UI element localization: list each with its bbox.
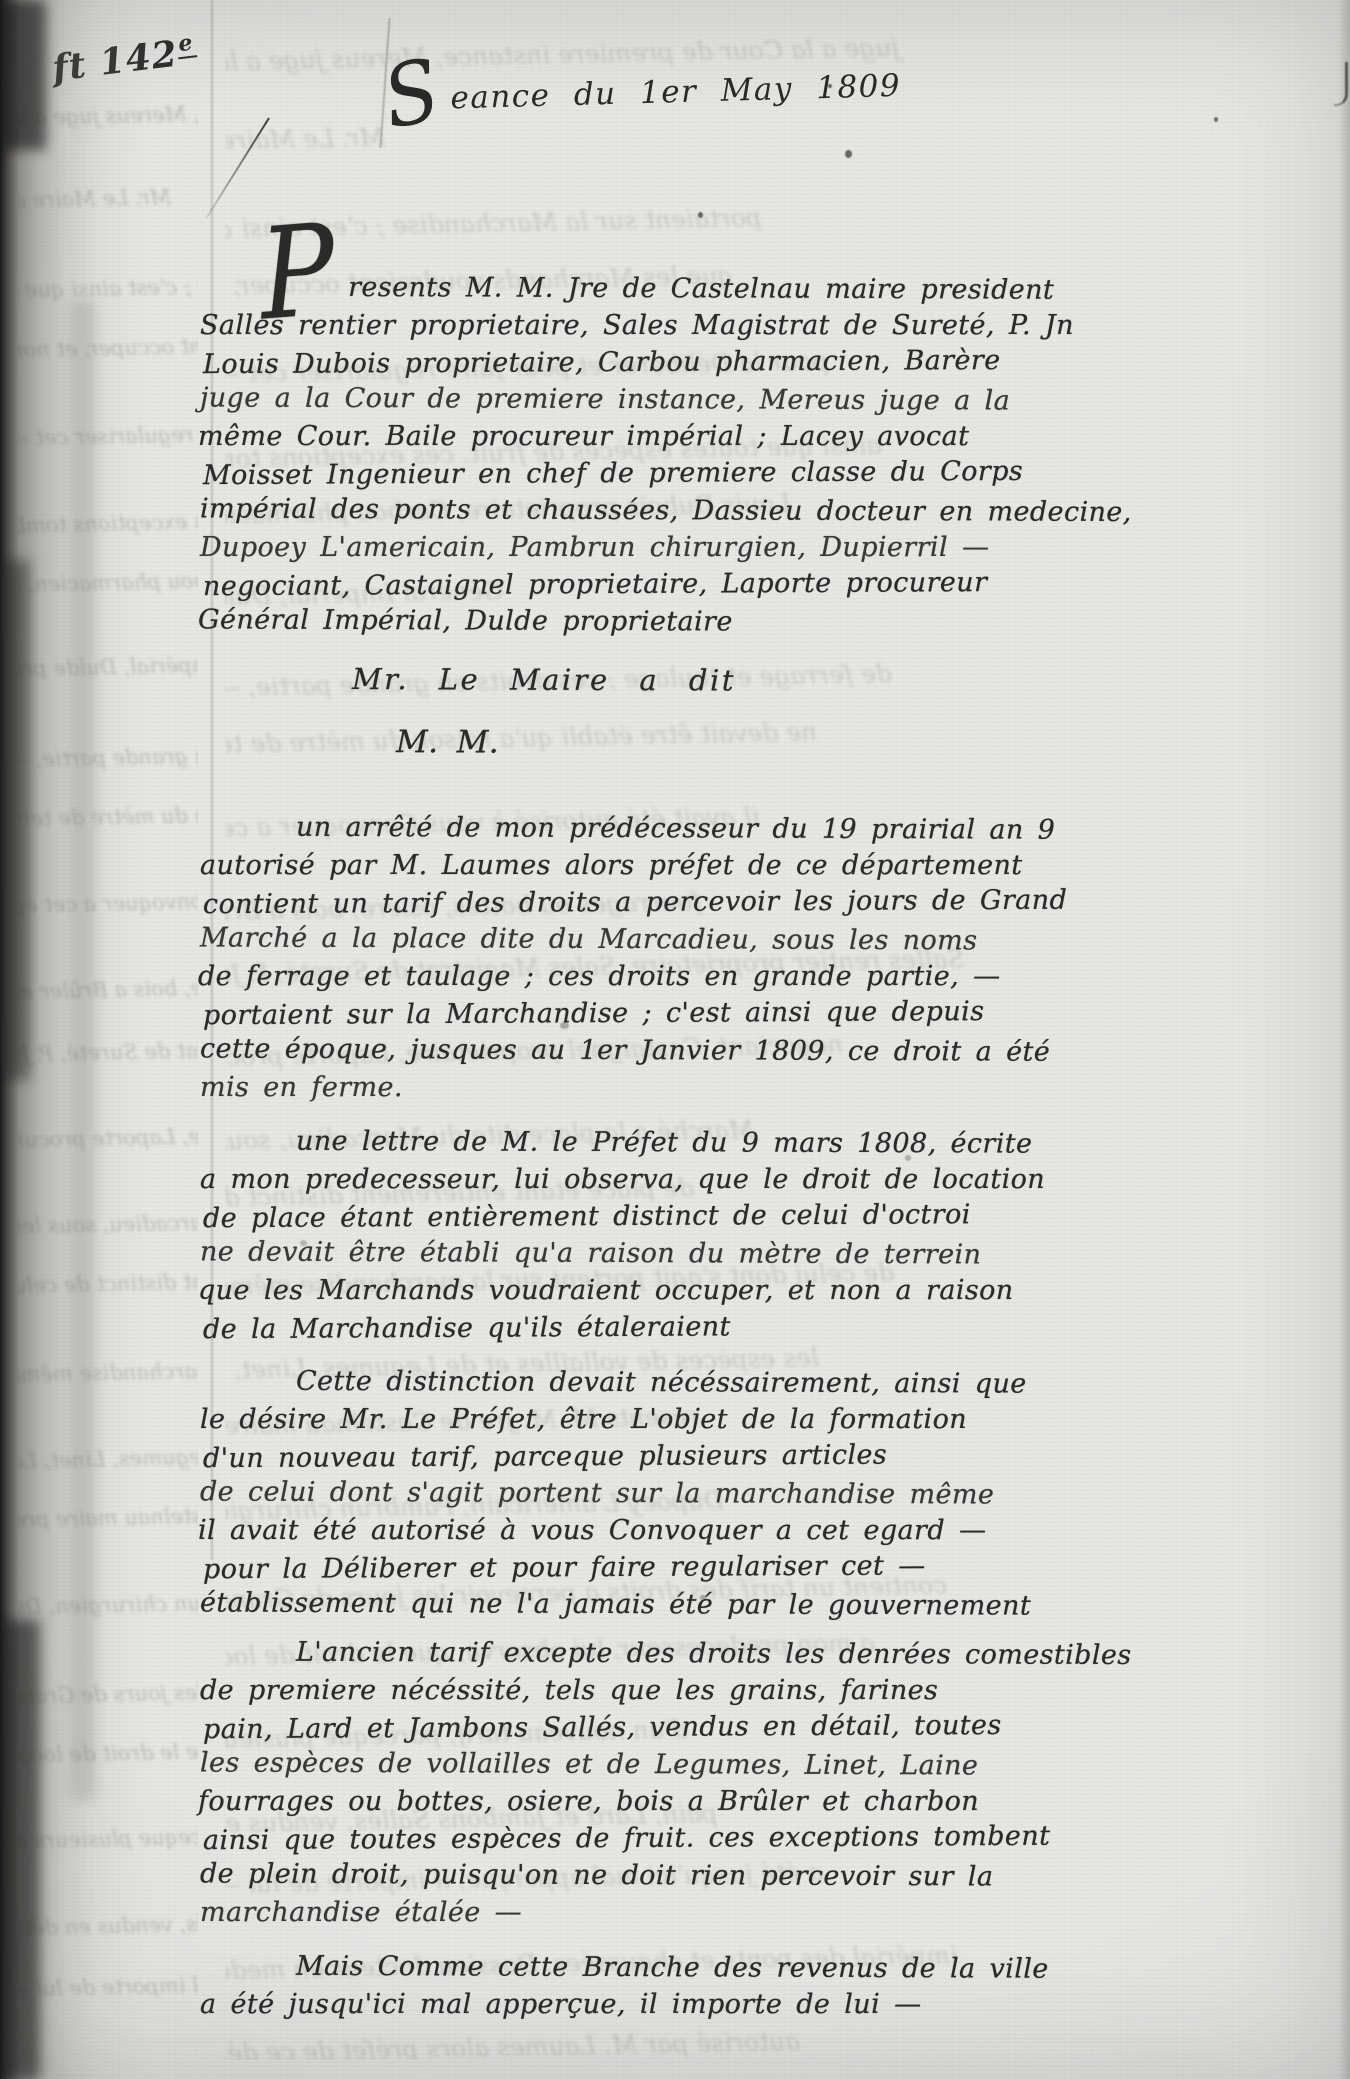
bleed-line: contient un tarif des droits a percevoir…: [18, 1672, 198, 1709]
text-line: a été jusqu'ici mal apperçue, il importe…: [200, 1986, 1030, 2023]
text-line: pain, Lard et Jambons Sallés, vendus en …: [203, 1707, 1030, 1748]
bleed-line: ainsi que toutes espèces de fruit. ces e…: [18, 502, 198, 539]
binding-streak: [70, 300, 96, 1800]
text-line: ainsi que toutes espèces de fruit. ces e…: [203, 1818, 1030, 1859]
drop-cap: P: [260, 270, 335, 276]
text-line: de la Marchandise qu'ils étaleraient: [203, 1307, 1030, 1348]
text-line: marchandise étalée —: [200, 1894, 1030, 1931]
text-line: le désire Mr. Le Préfet, être L'objet de…: [200, 1401, 1030, 1438]
paragraph-conclusion: Mais Comme cette Branche des revenus de …: [200, 1949, 1030, 2023]
bleed-line: d'un nouveau tarif, parceque plusieurs a…: [18, 1820, 198, 1854]
text-line: Louis Dubois proprietaire, Carbou pharma…: [203, 342, 1030, 383]
text-line: un arrêté de mon prédécesseur du 19 prai…: [200, 808, 1030, 848]
bleed-line: Marché a la place dite du Marcadieu, sou…: [18, 1204, 198, 1240]
text-line: Mr. Le Maire a dit: [200, 660, 1030, 700]
text-line: negociant, Castaignel proprietaire, Lapo…: [203, 564, 1030, 605]
binding-streak: [0, 1620, 40, 2079]
text-line: de celui dont s'agit portent sur la marc…: [200, 1473, 1030, 1513]
text-line: de ferrage et taulage ; ces droits en gr…: [198, 958, 1030, 995]
bleed-line: pain, Lard et Jambons Sallés, vendus en …: [18, 1906, 198, 1942]
text-line: même Cour. Baile procureur impérial ; La…: [198, 418, 1030, 455]
text-line: Général Impérial, Dulde proprietaire: [198, 601, 1030, 641]
folio-superscript: e: [175, 29, 197, 59]
bleed-line: de celui dont s'agit portent sur la marc…: [18, 1351, 198, 1387]
bleed-line: de ferrage et taulage ; ces droits en gr…: [18, 736, 198, 772]
bleed-line: negociant, Castaignel proprietaire, Lapo…: [18, 1117, 198, 1153]
bleed-line: il avait été autorisé à vous Convoquer a…: [18, 883, 198, 919]
folio-number: ft 142: [50, 33, 180, 90]
text-line: une lettre de M. le Préfet du 9 mars 180…: [200, 1122, 1030, 1162]
bleed-line: Salles rentier proprietaire, Sales Magis…: [18, 1029, 198, 1066]
bleed-line: a été jusqu'ici mal apperçue, il importe…: [18, 1967, 198, 2002]
manuscript-body: Presents M. M. Jre de Castelnau maire pr…: [200, 150, 1030, 2023]
binding-edge: [0, 0, 150, 2079]
paragraph-lettre-prefet: une lettre de M. le Préfet du 9 mars 180…: [200, 1124, 1030, 1346]
text-line: les espèces de vollailles et de Legumes,…: [200, 1744, 1030, 1784]
bleed-line: autorisé par M. Laumes alors préfet de c…: [225, 2027, 800, 2060]
paragraph-mm: M. M.: [200, 725, 1030, 762]
bleed-line: pour la Déliberer et pour faire regulari…: [18, 416, 198, 451]
page-title: Seance du 1er May 1809: [388, 67, 902, 118]
text-line: Presents M. M. Jre de Castelnau maire pr…: [200, 252, 1030, 308]
text-line: Dupoey L'americain, Pambrun chirurgien, …: [200, 529, 1030, 566]
text-line: mis en ferme.: [200, 1069, 1030, 1106]
binding-streak: [0, 0, 46, 150]
title-drop-cap: S: [385, 89, 440, 99]
text-line: que les Marchands voudraient occuper, et…: [198, 1272, 1030, 1309]
text-line: ne devait être établi qu'a raison du mèt…: [200, 1233, 1030, 1273]
text-line: contient un tarif des droits a percevoir…: [203, 882, 1030, 923]
text-line: de plein droit, puisqu'on ne doit rien p…: [200, 1855, 1030, 1895]
text-line: M. M.: [200, 723, 1030, 763]
text-line: de place étant entièrement distinct de c…: [203, 1196, 1030, 1237]
text-line: juge a la Cour de premiere instance, Mer…: [200, 379, 1030, 419]
text-line: d'un nouveau tarif, parceque plusieurs a…: [203, 1436, 1030, 1477]
text-line: fourrages ou bottes, osiere, bois a Brûl…: [198, 1783, 1030, 1820]
text-line: pour la Déliberer et pour faire regulari…: [203, 1547, 1030, 1588]
bleed-line: juge a la Cour de premiere instance, Mer…: [18, 94, 198, 130]
text-line: autorisé par M. Laumes alors préfet de c…: [200, 847, 1030, 884]
bleed-line: Général Impérial, Dulde proprietaire: [18, 651, 198, 683]
text-line: il avait été autorisé à vous Convoquer a…: [198, 1512, 1030, 1549]
bleed-line: les espèces de vollailles et de Legumes,…: [18, 1438, 198, 1474]
bleed-line: Dupoey L'americain, Pambrun chirurgien, …: [18, 1585, 198, 1621]
bleed-line: ne devait être établi qu'a raison du mèt…: [18, 796, 198, 832]
paragraph-distinction: Cette distinction devait nécéssairement,…: [200, 1364, 1030, 1623]
manuscript-page: juge a la Cour de premiere instance, Mer…: [0, 0, 1350, 2079]
paragraph-maire-a-dit: Mr. Le Maire a dit: [200, 662, 1030, 699]
bleed-line: Louis Dubois proprietaire, Carbou pharma…: [18, 562, 198, 598]
text-line: impérial des ponts et chaussées, Dassieu…: [200, 490, 1030, 530]
paragraph-arrete: un arrêté de mon prédécesseur du 19 prai…: [200, 810, 1030, 1106]
text-line: a mon predecesseur, lui observa, que le …: [200, 1161, 1030, 1198]
bleed-line: de place étant entièrement distinct de c…: [18, 1264, 198, 1300]
bleed-line: que les Marchands voudraient occuper, et…: [18, 328, 198, 364]
bleed-line: fourrages ou bottes, osiere, bois a Brûl…: [18, 970, 198, 1006]
binding-streak: [0, 560, 30, 1080]
ink-speck: [1214, 117, 1218, 122]
text-line: Moisset Ingenieur en chef de premiere cl…: [203, 453, 1030, 494]
bleedthrough-margin: juge a la Cour de premiere instance, Mer…: [18, 90, 198, 2030]
text-line: établissement qui ne l'a jamais été par …: [200, 1584, 1030, 1624]
paragraph-attendees: Presents M. M. Jre de Castelnau maire pr…: [200, 254, 1030, 640]
text-line: Cette distinction devait nécéssairement,…: [200, 1362, 1030, 1402]
bleed-line: resents M. M. Jre de Castelnau maire pre…: [18, 1499, 198, 1534]
bleed-line: portaient sur la Marchandise ; c'est ain…: [18, 268, 198, 304]
page-right-edge: [1338, 0, 1350, 2079]
text-line: Mais Comme cette Branche des revenus de …: [200, 1947, 1030, 1987]
text-line: L'ancien tarif excepte des droits les de…: [200, 1633, 1030, 1673]
title-text: eance du 1er May 1809: [450, 68, 902, 117]
text-line: portaient sur la Marchandise ; c'est ain…: [203, 993, 1030, 1034]
text-line: Marché a la place dite du Marcadieu, sou…: [200, 919, 1030, 959]
corner-pen-mark: [1334, 62, 1348, 106]
text-line: cette époque, jusques au 1er Janvier 180…: [200, 1030, 1030, 1070]
folio-label: ft 142e: [50, 29, 199, 89]
bleed-line: a mon predecesseur, lui observa, que le …: [18, 1732, 198, 1769]
text-line: de premiere nécéssité, tels que les grai…: [200, 1672, 1030, 1709]
bleed-line: Mr. Le Maire a dit: [18, 185, 172, 213]
paragraph-ancien-tarif: L'ancien tarif excepte des droits les de…: [200, 1635, 1030, 1931]
